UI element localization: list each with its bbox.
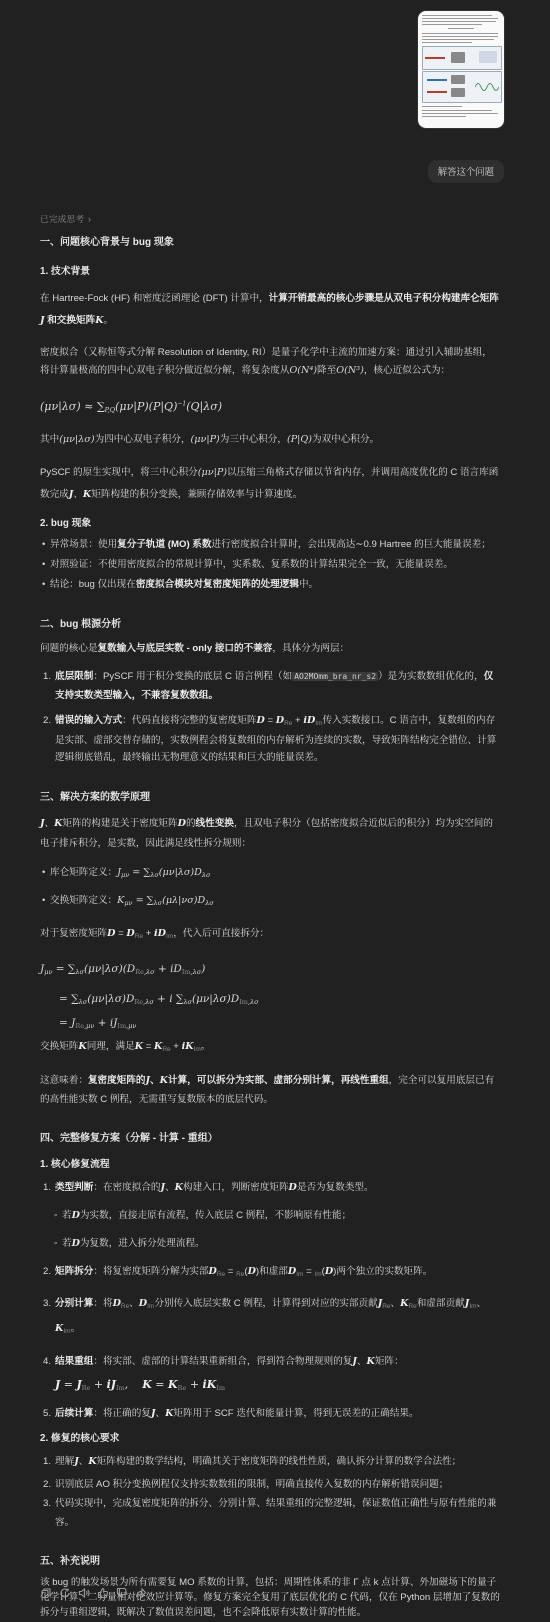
- list-item: 结论：bug 仅出现在密度拟合模块对复密度矩阵的处理逻辑中。: [40, 575, 500, 595]
- chevron-right-icon: ›: [88, 214, 91, 224]
- thinking-toggle[interactable]: 已完成思考›: [40, 213, 500, 227]
- list-item: 5.后续计算：将正确的复J、K矩阵用于 SCF 迭代和能量计算，得到无误差的正确…: [40, 1404, 500, 1423]
- s3-para-2: 对于复密度矩阵D = DRe + iDIm，代入后可直接拆分：: [40, 927, 500, 942]
- list-item: 1.类型判断：在密度拟合的J、K构建入口，判断密度矩阵D是否为复数类型。 若D为…: [40, 1178, 500, 1253]
- user-message-text: 解答这个问题: [438, 166, 494, 177]
- section-4-sub2: 2. 修复的核心要求: [40, 1431, 500, 1446]
- section-5-title: 五、补充说明: [40, 1554, 500, 1570]
- recombination-formula: J = JRe + iJIm, K = KRe + iKIm: [55, 1375, 500, 1398]
- list-item: 3.分别计算：将DRe、DIm分别传入底层实数 C 例程，计算得到对应的实部贡献…: [40, 1293, 500, 1343]
- list-item: 2.错误的输入方式：代码直接将完整的复密度矩阵D = DRe + iDIm传入实…: [40, 712, 500, 766]
- s3-para-4: 这意味着：复密度矩阵的J、K计算，可以拆分为实部、虚部分别计算，再线性重组，完全…: [40, 1071, 500, 1109]
- more-icon[interactable]: [154, 1587, 166, 1599]
- copy-icon[interactable]: [40, 1587, 52, 1599]
- read-aloud-icon[interactable]: [78, 1587, 90, 1599]
- ri-formula: (μν|λσ) ≈ ∑P,Q(μν|P)(P|Q)−1(Q|λσ): [40, 398, 500, 415]
- requirements-list: 1.理解J、K矩阵构建的数学结构，明确其关于密度矩阵的线性性质，确认拆分计算的数…: [40, 1452, 500, 1532]
- section-2-title: 二、bug 根源分析: [40, 617, 500, 633]
- share-icon[interactable]: [135, 1587, 147, 1599]
- list-item: 3.代码实现中，完成复密度矩阵的拆分、分别计算、结果重组的完整逻辑，保证数值正确…: [40, 1494, 500, 1532]
- user-message-bubble: 解答这个问题: [428, 160, 504, 183]
- sub-list-item: 若D为复数，进入拆分处理流程。: [40, 1234, 500, 1253]
- thumbs-down-icon[interactable]: [116, 1587, 128, 1599]
- s1-para-3: 其中(μν|λσ)为四中心双电子积分，(μν|P)为三中心积分，(P|Q)为双中…: [40, 433, 500, 448]
- list-item: 1.底层限制：PySCF 用于积分变换的底层 C 语言例程（如AO2MOmm_b…: [40, 667, 500, 705]
- s2-intro: 问题的核心是复数输入与底层实数 - only 接口的不兼容，具体分为两层：: [40, 642, 500, 657]
- thinking-label: 已完成思考: [40, 214, 84, 224]
- section-1-sub2: 2. bug 现象: [40, 516, 500, 531]
- section-1-title: 一、问题核心背景与 bug 现象: [40, 235, 500, 251]
- sub-list-item: 若D为实数，直接走原有流程，传入底层 C 例程，不影响原有性能；: [40, 1206, 500, 1225]
- list-item: 对照验证：不使用密度拟合的常规计算中，实系数、复系数的计算结果完全一致，无能量误…: [40, 555, 500, 575]
- list-item: 4.结果重组：将实部、虚部的计算结果重新组合，得到符合物理规则的复J、K矩阵： …: [40, 1352, 500, 1398]
- root-cause-list: 1.底层限制：PySCF 用于积分变换的底层 C 语言例程（如AO2MOmm_b…: [40, 667, 500, 766]
- bug-symptoms-list: 异常场景：使用复分子轨道 (MO) 系数进行密度拟合计算时，会出现高达∼0.9 …: [40, 535, 500, 595]
- thumbs-up-icon[interactable]: [97, 1587, 109, 1599]
- fix-steps-list: 1.类型判断：在密度拟合的J、K构建入口，判断密度矩阵D是否为复数类型。 若D为…: [40, 1178, 500, 1423]
- message-actions: [40, 1587, 166, 1599]
- assistant-response: 已完成思考› 一、问题核心背景与 bug 现象 1. 技术背景 在 Hartre…: [40, 213, 500, 1620]
- list-item: 异常场景：使用复分子轨道 (MO) 系数进行密度拟合计算时，会出现高达∼0.9 …: [40, 535, 500, 555]
- list-item: 库仑矩阵定义：Jμν = ∑λσ(μν|λσ)Dλσ: [40, 866, 500, 881]
- attached-image-thumbnail[interactable]: [418, 11, 504, 128]
- s1-para-1: 在 Hartree-Fock (HF) 和密度泛函理论 (DFT) 计算中，计算…: [40, 288, 500, 332]
- list-item: 2.矩阵拆分：将复密度矩阵分解为实部DRe = Re(D)和虚部DIm = Im…: [40, 1262, 500, 1284]
- list-item: 1.理解J、K矩阵构建的数学结构，明确其关于密度矩阵的线性性质，确认拆分计算的数…: [40, 1452, 500, 1471]
- definitions-list: 库仑矩阵定义：Jμν = ∑λσ(μν|λσ)Dλσ 交换矩阵定义：Kμν = …: [40, 866, 500, 909]
- s3-para-1: J、K矩阵的构建是关于密度矩阵D的线性变换，且双电子积分（包括密度拟合近似后的积…: [40, 814, 500, 854]
- list-item: 交换矩阵定义：Kμν = ∑λσ(μλ|νσ)Dλσ: [40, 894, 500, 909]
- derivation-block: Jμν = ∑λσ(μν|λσ)(DRe,λσ + iDIm,λσ) = ∑λσ…: [40, 962, 500, 1034]
- code-routine-name: AO2MOmm_bra_nr_s2: [292, 672, 378, 681]
- section-3-title: 三、解决方案的数学原理: [40, 790, 500, 806]
- section-1-sub1: 1. 技术背景: [40, 264, 500, 279]
- s1-para-4: PySCF 的原生实现中，将三中心积分(μν|P)以压缩三角格式存储以节省内存，…: [40, 462, 500, 506]
- section-4-sub1: 1. 核心修复流程: [40, 1157, 500, 1172]
- list-item: 2.识别底层 AO 积分变换例程仅支持实数数组的限制，明确直接传入复数的内存解析…: [40, 1475, 500, 1494]
- s1-para-2: 密度拟合（又称恒等式分解 Resolution of Identity, RI）…: [40, 344, 500, 380]
- section-4-title: 四、完整修复方案（分解 - 计算 - 重组）: [40, 1131, 500, 1147]
- regenerate-icon[interactable]: [59, 1587, 71, 1599]
- s3-para-3: 交换矩阵K同理，满足K = KRe + iKIm。: [40, 1040, 500, 1055]
